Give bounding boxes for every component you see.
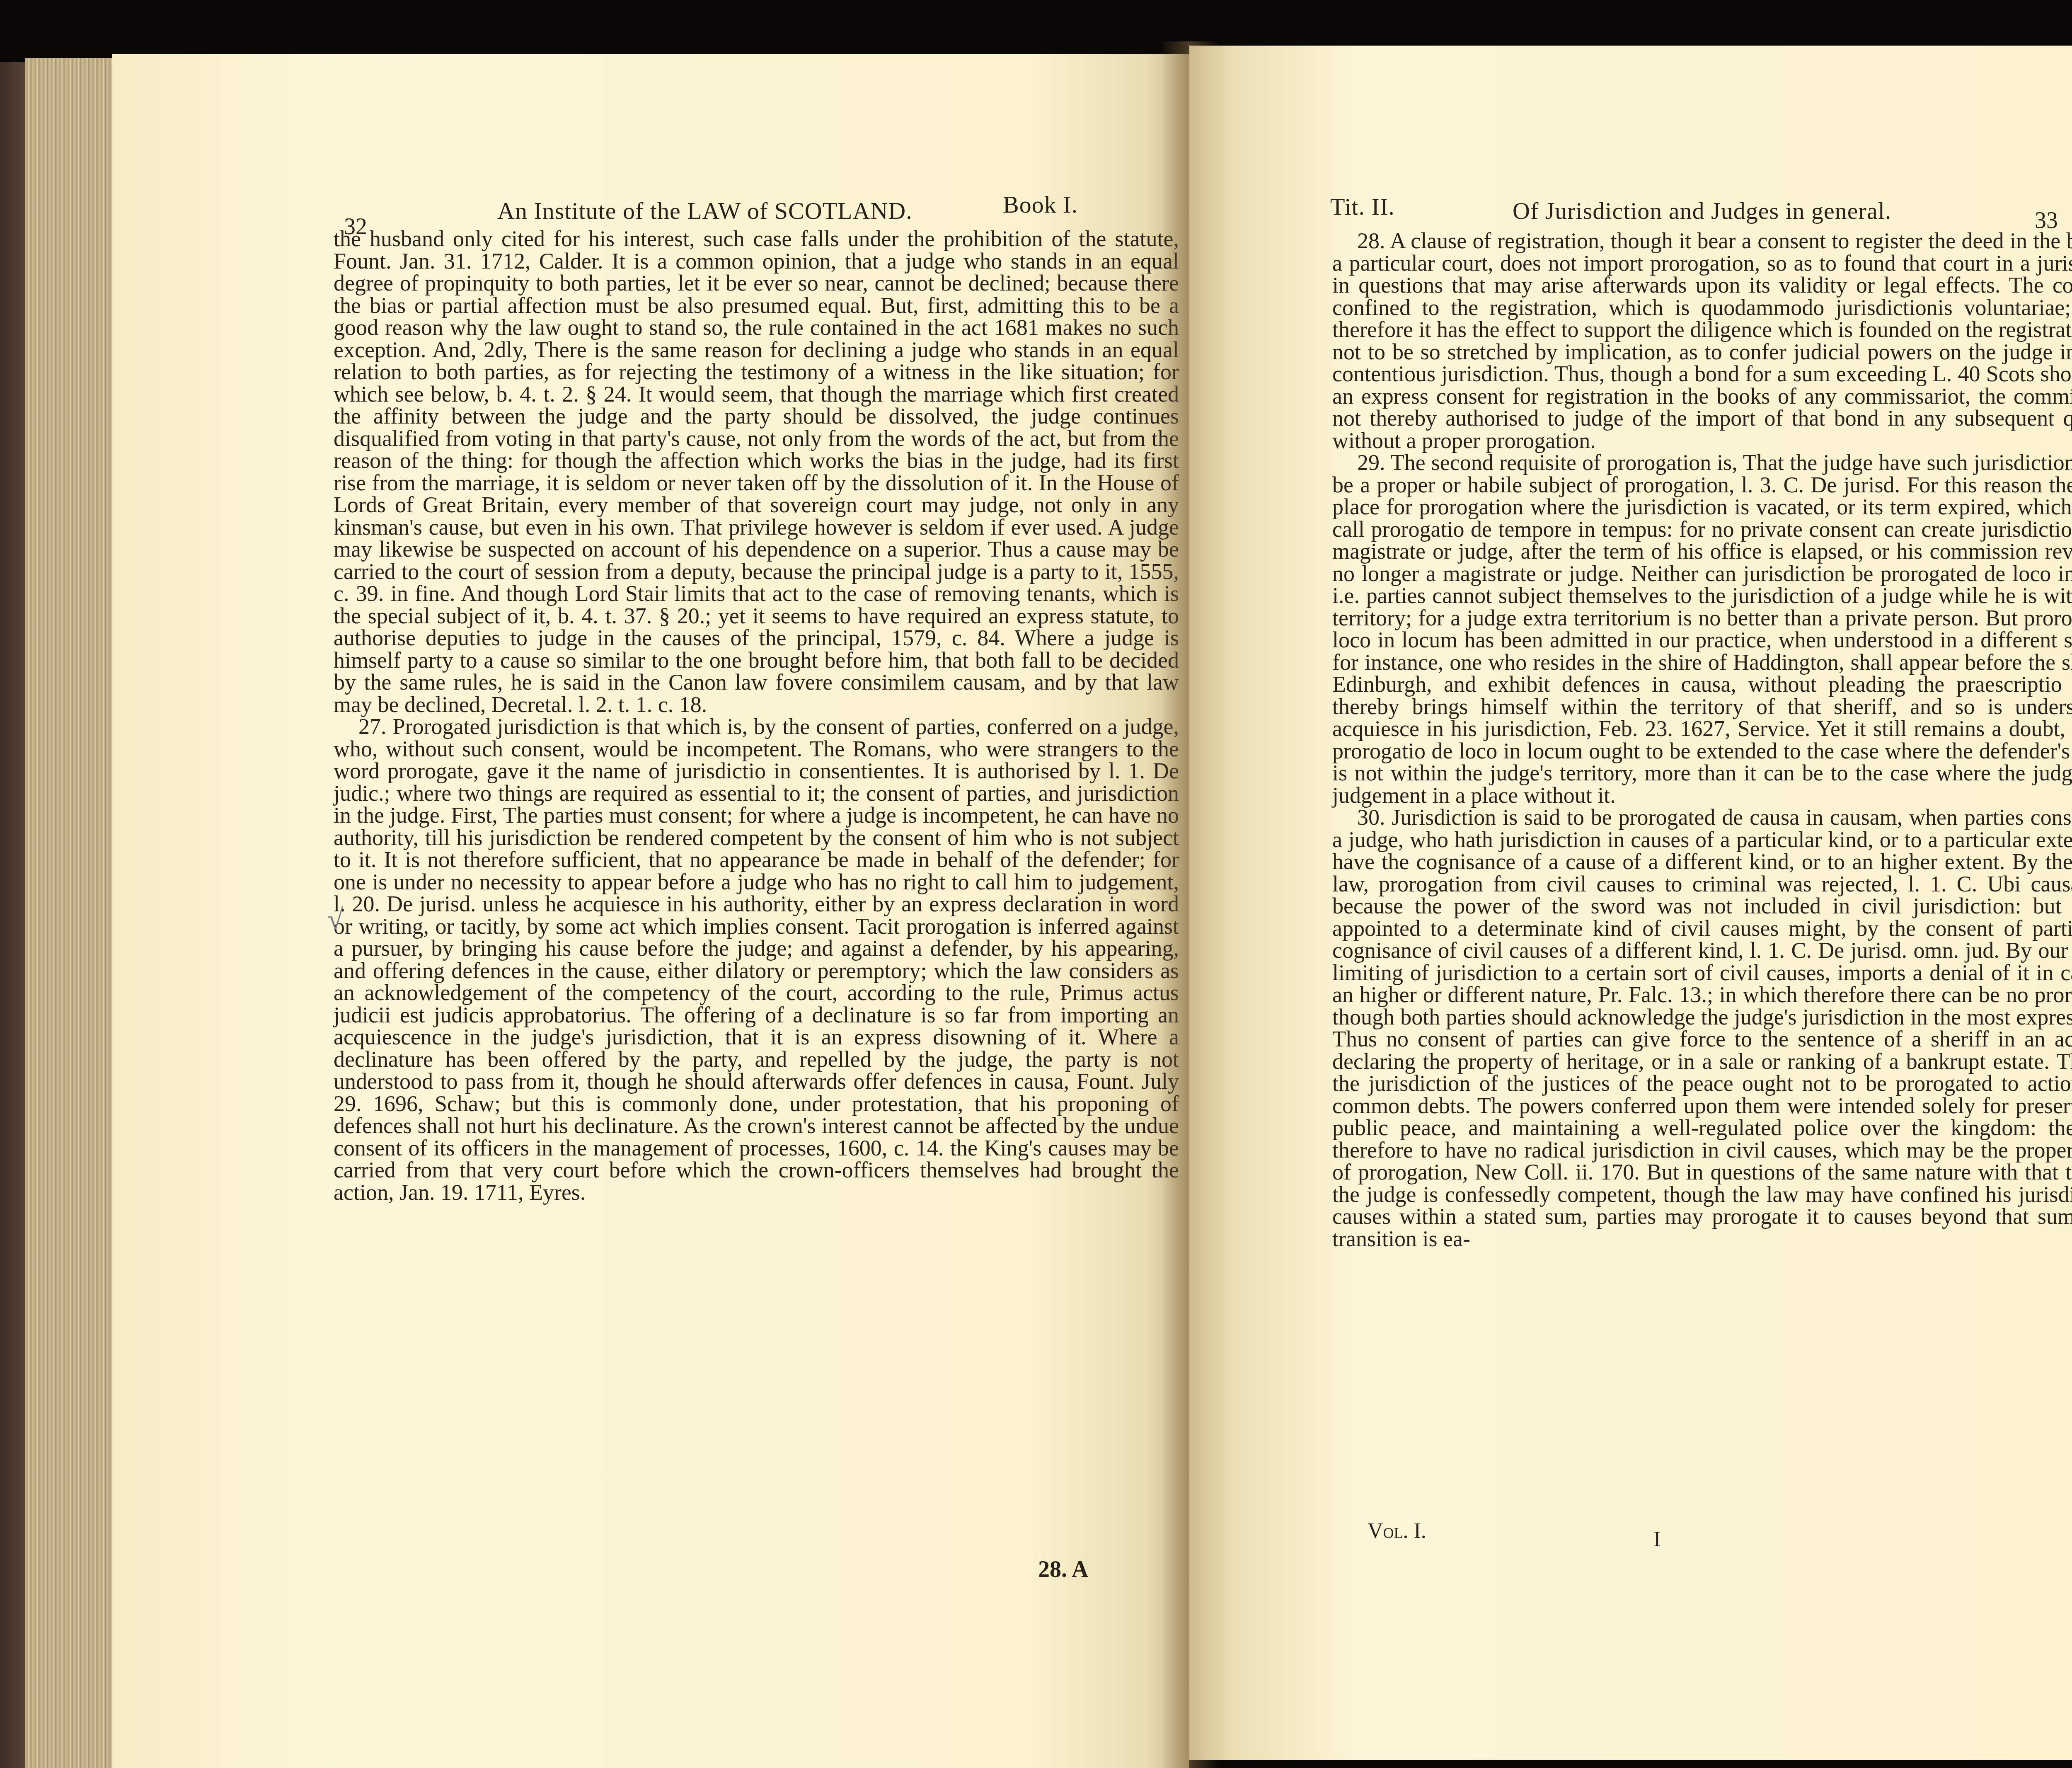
signature-mark: I: [1653, 1527, 1661, 1552]
paragraph-number: 29.: [1357, 450, 1385, 475]
paragraph-text: Prorogated jurisdiction is that which is…: [334, 714, 1179, 1205]
paragraph-text: A clause of registration, though it bear…: [1332, 228, 2072, 453]
left-body-text: the husband only cited for his interest,…: [334, 228, 1179, 1204]
section-marker: Book I.: [1003, 191, 1078, 218]
volume-signature: Vol. I.: [1368, 1519, 1426, 1543]
catchword: 28. A: [1038, 1556, 1088, 1583]
right-page: Tit. II. Of Jurisdiction and Judges in g…: [1189, 46, 2072, 1760]
running-head: An Institute of the LAW of SCOTLAND.: [497, 197, 913, 225]
paragraph-number: 28.: [1357, 228, 1385, 253]
running-head: Of Jurisdiction and Judges in general.: [1513, 197, 1891, 225]
paragraph-29: 29. The second requisite of prorogation …: [1332, 452, 2072, 806]
paragraph-continued: the husband only cited for his interest,…: [334, 228, 1179, 716]
margin-checkmark-icon: √: [327, 903, 343, 937]
section-marker: Tit. II.: [1330, 193, 1395, 220]
page-stack-edges: [25, 58, 116, 1768]
paragraph-number: 27.: [358, 714, 387, 739]
paragraph-27: 27. Prorogated jurisdiction is that whic…: [334, 716, 1179, 1204]
paragraph-text: Jurisdiction is said to be prorogated de…: [1332, 805, 2072, 1251]
right-body-text: 28. A clause of registration, though it …: [1332, 230, 2072, 1250]
paragraph-30: 30. Jurisdiction is said to be prorogate…: [1332, 806, 2072, 1250]
paragraph-text: The second requisite of prorogation is, …: [1332, 450, 2072, 808]
paragraph-number: 30.: [1357, 805, 1385, 830]
paragraph-28: 28. A clause of registration, though it …: [1332, 230, 2072, 452]
left-page: 32 An Institute of the LAW of SCOTLAND. …: [112, 54, 1189, 1768]
